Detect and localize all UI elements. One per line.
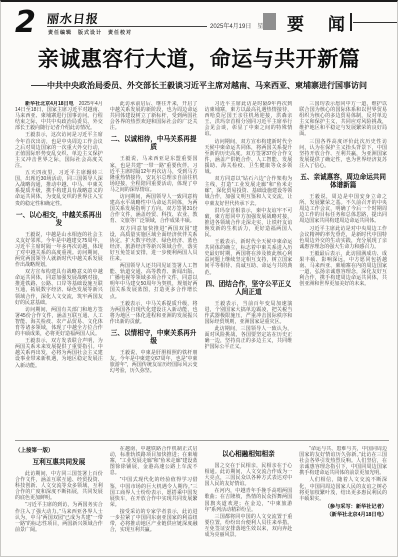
article-column-3: 习近平主席此访是时隔9年再次到访柬埔寨，柬方以最高礼遇热情接待，西哈莫尼国王亲往… — [205, 101, 293, 435]
header-rule-right — [353, 22, 397, 23]
body-paragraph: “中国式现代化的经验值得学习借鉴，中国市场的巨大机遇令人期待。”三国工商界人士纷… — [110, 477, 198, 507]
body-paragraph: 三国都将同中国的人文交流置于重要位置，纷纷出台便利人员往来举措。互免签证安排落地… — [205, 514, 293, 538]
body-paragraph: 双方同意以“钻石六边”合作架构为主线，打造“工业发展走廊”和“鱼米走廊”，深化贸… — [205, 176, 293, 206]
article-column-1: 新华社北京4月18日电 2025年4月14日至18日，国家主席习近平对越南、马来… — [15, 101, 103, 435]
wire-credit: （新华社北京4月18日电） — [299, 511, 387, 518]
masthead-credits: 责任编辑 版式设计 责任校对 — [48, 29, 132, 36]
sub-headline: ——中共中央政治局委员、外交部长王毅谈习近平主席对越南、马来西亚、柬埔寨进行国事… — [11, 80, 387, 91]
body-paragraph: 王毅说，马来西亚是东盟重要国家，也是共建“一带一路”重要伙伴。习近平主席时隔12… — [110, 156, 198, 193]
main-headline: 亲诚惠容行大道，命运与共开新篇 — [1, 46, 397, 72]
article-column-4: 三国均表示愿同中方一道，维护以联合国为核心的国际体系和以世界贸易组织为核心的多边… — [299, 101, 387, 435]
section-heading: 四、团结合作，坚守公平正义人间正道 — [205, 281, 293, 297]
body-paragraph: 双方宣布构建具有战略意义的中越命运共同体，同意加强发展战略对接，推进铁路、公路、… — [15, 269, 103, 306]
body-paragraph: 人们相信，随着人文交流不断深化，中国同周边国家人民的友谊之树必将更加枝繁叶茂，结… — [299, 477, 387, 501]
body-paragraph: 国之交在于民相亲，民相亲在于心相通。此访期间，人文交流合作成为一大亮点，三国民众… — [205, 463, 293, 487]
body-paragraph: 王毅表示，当前百年变局加速演进，个别国家大搞单边霸凌，把关税当作武器极限施压，严… — [205, 301, 293, 325]
body-paragraph: 王毅说，中柬是肝胆相照的铁杆朋友。今年是中柬建交67周年，也是“中柬旅游年”，两… — [110, 350, 198, 374]
body-paragraph: 接受采访的专家学者表示，此访进一步拉紧了中国同东南亚国家的利益纽带，必将推动地区… — [110, 509, 198, 533]
body-paragraph: 访问期间，两国有关部门和地方签署45份合作文件，涵盖互联互通、人工智能、海关检疫… — [15, 307, 103, 337]
body-paragraph: 王毅最后表示，此访圆满成功、成果丰硕、影响深远。中方愿同包括越南、马来西亚、柬埔… — [299, 251, 387, 288]
wire-credit: （参与采写：新华社记者） — [299, 503, 387, 510]
section-heading: 一、以心相交，中越关系再出发 — [15, 212, 103, 228]
body-paragraph: “命运与共、患难与共，中国同周边国家的友好情谊历久弥新。”此访在三国社会各界引发… — [299, 446, 387, 476]
body-paragraph: 五天四夜里，习近平主席辗转三国，出席近30场活动，同三国领导人深入战略沟通，推动… — [15, 170, 103, 207]
body-paragraph: 王毅表示，双方发表联合声明，为两国关系未来发展提供了重要指引。中越关系再出发，必… — [15, 338, 103, 368]
section-heading: 三、以情相守，中柬关系再升级 — [110, 330, 198, 346]
page-number: 2 — [15, 8, 36, 38]
body-paragraph: 王毅表示，中马关系提质升级，将为两国各自现代化建设注入新动能，也将为地区一体化进… — [110, 301, 198, 325]
section-heading: 互利互惠共同发展 — [15, 459, 103, 467]
continued-column-3: 以心相融相知相亲国之交在于民相亲，民相亲在于心相通。此访期间，人文交流合作成为一… — [205, 446, 293, 552]
body-paragraph: 在越南，中越铁路合作机制正式启动，标准轨铁路项目加快推进；在柬埔寨，“工业发展走… — [110, 446, 198, 476]
continued-column-1: （上接第一版）互利互惠共同发展此访期间，中方同三国签署上百份合作文件，涵盖互联互… — [15, 446, 103, 552]
section-marker-square — [263, 13, 276, 30]
body-paragraph: 王毅表示，新时代全天候中柬命运共同体的确立，标志着中柬关系进入历史最好时期，两国… — [205, 239, 293, 276]
body-paragraph: 此访承前启后、继往开来，开启了中越关系发展的新阶段，也为周边命运共同体建设树立了… — [110, 101, 198, 131]
continued-column-2: 在越南，中越铁路合作机制正式启动，标准轨铁路项目加快推进；在柬埔寨，“工业发展走… — [110, 446, 198, 552]
body-paragraph: 王毅说，中越是山水相连的社会主义友好邻邦。今年是中越建交75周年，习近平主席时隔… — [15, 232, 103, 269]
masthead-rule — [47, 26, 207, 27]
continued-note: （上接第一版） — [15, 446, 103, 454]
section-heading: 以心相融相知相亲 — [205, 451, 293, 459]
body-paragraph: 双方同意加快推进“两国双园”建设，高质量实施区域全面经济伙伴关系协定，扩大数字经… — [110, 226, 198, 263]
body-paragraph: 此访期间，中方同三国签署上百份合作文件，涵盖互联互通、经贸投资、科技创新、人文交… — [15, 471, 103, 501]
article-column-2: 此访承前启后、继往开来，开启了中越关系发展的新阶段，也为周边命运共同体建设树立了… — [110, 101, 198, 435]
body-paragraph: 习近平主席此访是时隔9年再次到访柬埔寨，柬方以最高礼遇热情接待，西哈莫尼国王亲往… — [205, 101, 293, 138]
body-paragraph: 在河内，中越青年手挽手高唱两国歌曲；在吉隆坡，热情的民众挥舞两国国旗夹道欢迎；在… — [205, 488, 293, 512]
body-paragraph: 王毅表示，这次访问是习近平主席今年首次出访，也是中央周边工作会议之后对周边国家的… — [15, 132, 103, 169]
dateline-paragraph: 新华社北京4月18日电 2025年4月14日至18日，国家主席习近平对越南、马来… — [15, 101, 103, 131]
body-paragraph: 习近平主席此访是对中央周边工作会议精神的率先垂范，是新时代中国特色周边外交的生动… — [299, 226, 387, 250]
body-paragraph: 此访期间，三国领导人一致认为，面对风险挑战，各国要坚定站在历史正确一边，坚持真正… — [205, 326, 293, 350]
body-paragraph: 访问期间，两国领导人一致同意构建高水平战略性中马命运共同体，为两国关系发展指明了… — [110, 194, 198, 224]
body-paragraph: 两国领导人还共同见证签署人工智能、轨道交通、高等教育、新闻出版、广播电视等领域多… — [110, 263, 198, 300]
body-paragraph: 王毅说，周边是中国安身立命之所、发展繁荣之基。不久前召开的中央周边工作会议，明确… — [299, 194, 387, 224]
continued-article: （上接第一版）互利互惠共同发展此访期间，中方同三国签署上百份合作文件，涵盖互联互… — [15, 446, 387, 552]
main-article: 新华社北京4月18日电 2025年4月14日至18日，国家主席习近平对越南、马来… — [15, 101, 387, 435]
masthead-logo: 丽水日报 — [46, 10, 100, 27]
continued-column-4: “命运与共、患难与共，中国同周边国家的友好情谊历久弥新。”此访在三国社会各界引发… — [299, 446, 387, 552]
section-divider-rule — [15, 440, 389, 441]
body-paragraph: 访问期间，双方宣布构建新时代全天候中柬命运共同体，将两国关系提升至新的历史高度。… — [205, 139, 293, 176]
section-title: 要 闻 — [287, 10, 354, 35]
newspaper-page: 2 丽水日报 责任编辑 版式设计 责任校对 2025年4月19日 星期六 要 闻… — [0, 0, 398, 557]
body-paragraph: “习近平主席的到访，为两国务实合作注入了强大动力。”马来西亚各界人士认为，中马“… — [15, 502, 103, 532]
body-paragraph: 三国均表示愿同中方一道，维护以联合国为核心的国际体系和以世界贸易组织为核心的多边… — [299, 101, 387, 138]
body-paragraph: 洪玛奈首相表示，柬中友谊牢不可破，柬方愿同中方加强发展战略对接，推进各领域合作走… — [205, 208, 293, 238]
section-divider-bar — [350, 13, 352, 31]
section-heading: 五、亲诚惠容，周边命运共同体谱新篇 — [299, 174, 387, 190]
section-heading: 二、以诚相待，中马关系再提质 — [110, 136, 198, 152]
body-paragraph: 三国各界高度评价此次历史性访问，认为在保护主义抬头背景下，中国坚持开放合作、互利… — [299, 139, 387, 169]
